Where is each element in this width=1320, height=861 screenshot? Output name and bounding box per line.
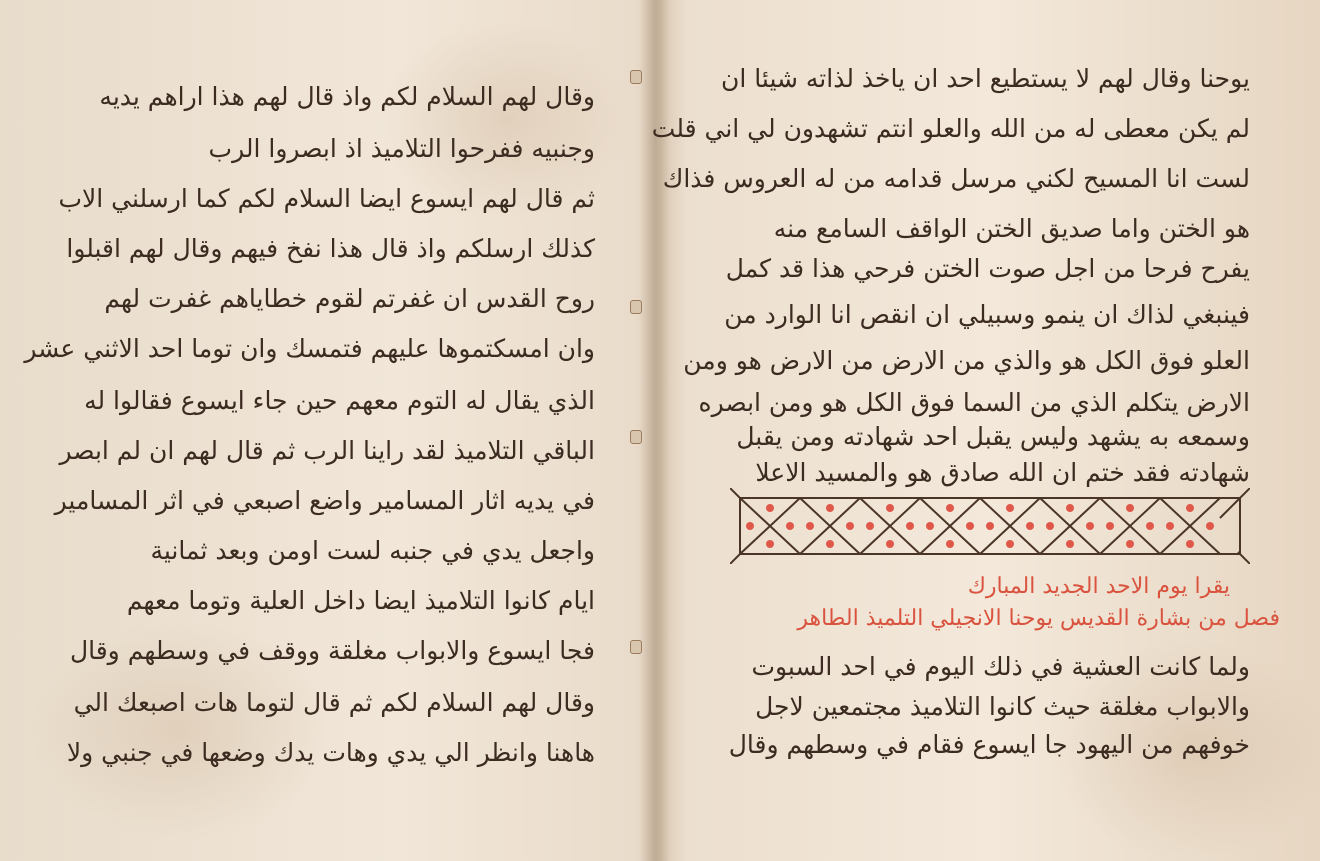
text-line: الذي يقال له التوم معهم حين جاء ايسوع فق… xyxy=(65,386,595,415)
text-line: ولما كانت العشية في ذلك اليوم في احد الس… xyxy=(720,652,1250,681)
sewing-hole xyxy=(630,70,642,84)
sewing-hole xyxy=(630,430,642,444)
text-line: يوحنا وقال لهم لا يستطيع احد ان ياخذ لذا… xyxy=(720,64,1250,93)
text-line: فجا ايسوع والابواب مغلقة ووقف في وسطهم و… xyxy=(65,636,595,665)
text-line: هو الختن واما صديق الختن الواقف السامع م… xyxy=(720,214,1250,243)
text-line: وقال لهم السلام لكم واذ قال لهم هذا اراه… xyxy=(65,82,595,111)
text-line: روح القدس ان غفرتم لقوم خطاياهم غفرت لهم xyxy=(65,284,595,313)
text-line: خوفهم من اليهود جا ايسوع فقام في وسطهم و… xyxy=(720,730,1250,759)
text-line: يفرح فرحا من اجل صوت الختن فرحي هذا قد ك… xyxy=(720,254,1250,283)
text-line: هاهنا وانظر الي يدي وهات يدك وضعها في جن… xyxy=(65,738,595,767)
text-line: وسمعه به يشهد وليس يقبل احد شهادته ومن ي… xyxy=(720,422,1250,451)
rubric-line: فصل من بشارة القديس يوحنا الانجيلي التلم… xyxy=(720,606,1280,631)
text-line: الباقي التلاميذ لقد راينا الرب ثم قال له… xyxy=(65,436,595,465)
text-line: واجعل يدي في جنبه لست اومن وبعد ثمانية xyxy=(65,536,595,565)
text-line: في يديه اثار المسامير واضع اصبعي في اثر … xyxy=(65,486,595,515)
text-line: ايام كانوا التلاميذ ايضا داخل العلية وتو… xyxy=(65,586,595,615)
text-line: الارض يتكلم الذي من السما فوق الكل هو وم… xyxy=(720,388,1250,417)
text-line: كذلك ارسلكم واذ قال هذا نفخ فيهم وقال له… xyxy=(65,234,595,263)
sewing-hole xyxy=(630,300,642,314)
manuscript-spread: وقال لهم السلام لكم واذ قال لهم هذا اراه… xyxy=(0,0,1320,861)
text-line: لست انا المسيح لكني مرسل قدامه من له الع… xyxy=(720,164,1250,193)
text-line: شهادته فقد ختم ان الله صادق هو والمسيد ا… xyxy=(720,458,1250,487)
text-line: ثم قال لهم ايسوع ايضا السلام لكم كما ارس… xyxy=(65,184,595,213)
text-line: لم يكن معطى له من الله والعلو انتم تشهدو… xyxy=(720,114,1250,143)
right-page: يوحنا وقال لهم لا يستطيع احد ان ياخذ لذا… xyxy=(655,0,1320,861)
text-line: فينبغي لذاك ان ينمو وسبيلي ان انقص انا ا… xyxy=(720,300,1250,329)
rubric-line: يقرا يوم الاحد الجديد المبارك xyxy=(730,574,1230,599)
text-line: العلو فوق الكل هو والذي من الارض من الار… xyxy=(720,346,1250,375)
text-line: وجنبيه ففرحوا التلاميذ اذ ابصروا الرب xyxy=(65,134,595,163)
left-page: وقال لهم السلام لكم واذ قال لهم هذا اراه… xyxy=(0,0,655,861)
text-line: وقال لهم السلام لكم ثم قال لتوما هات اصب… xyxy=(65,688,595,717)
sewing-hole xyxy=(630,640,642,654)
text-line: وان امسكتموها عليهم فتمسك وان توما احد ا… xyxy=(65,334,595,363)
text-line: والابواب مغلقة حيث كانوا التلاميذ مجتمعي… xyxy=(720,692,1250,721)
interlace-ornament xyxy=(730,488,1250,564)
